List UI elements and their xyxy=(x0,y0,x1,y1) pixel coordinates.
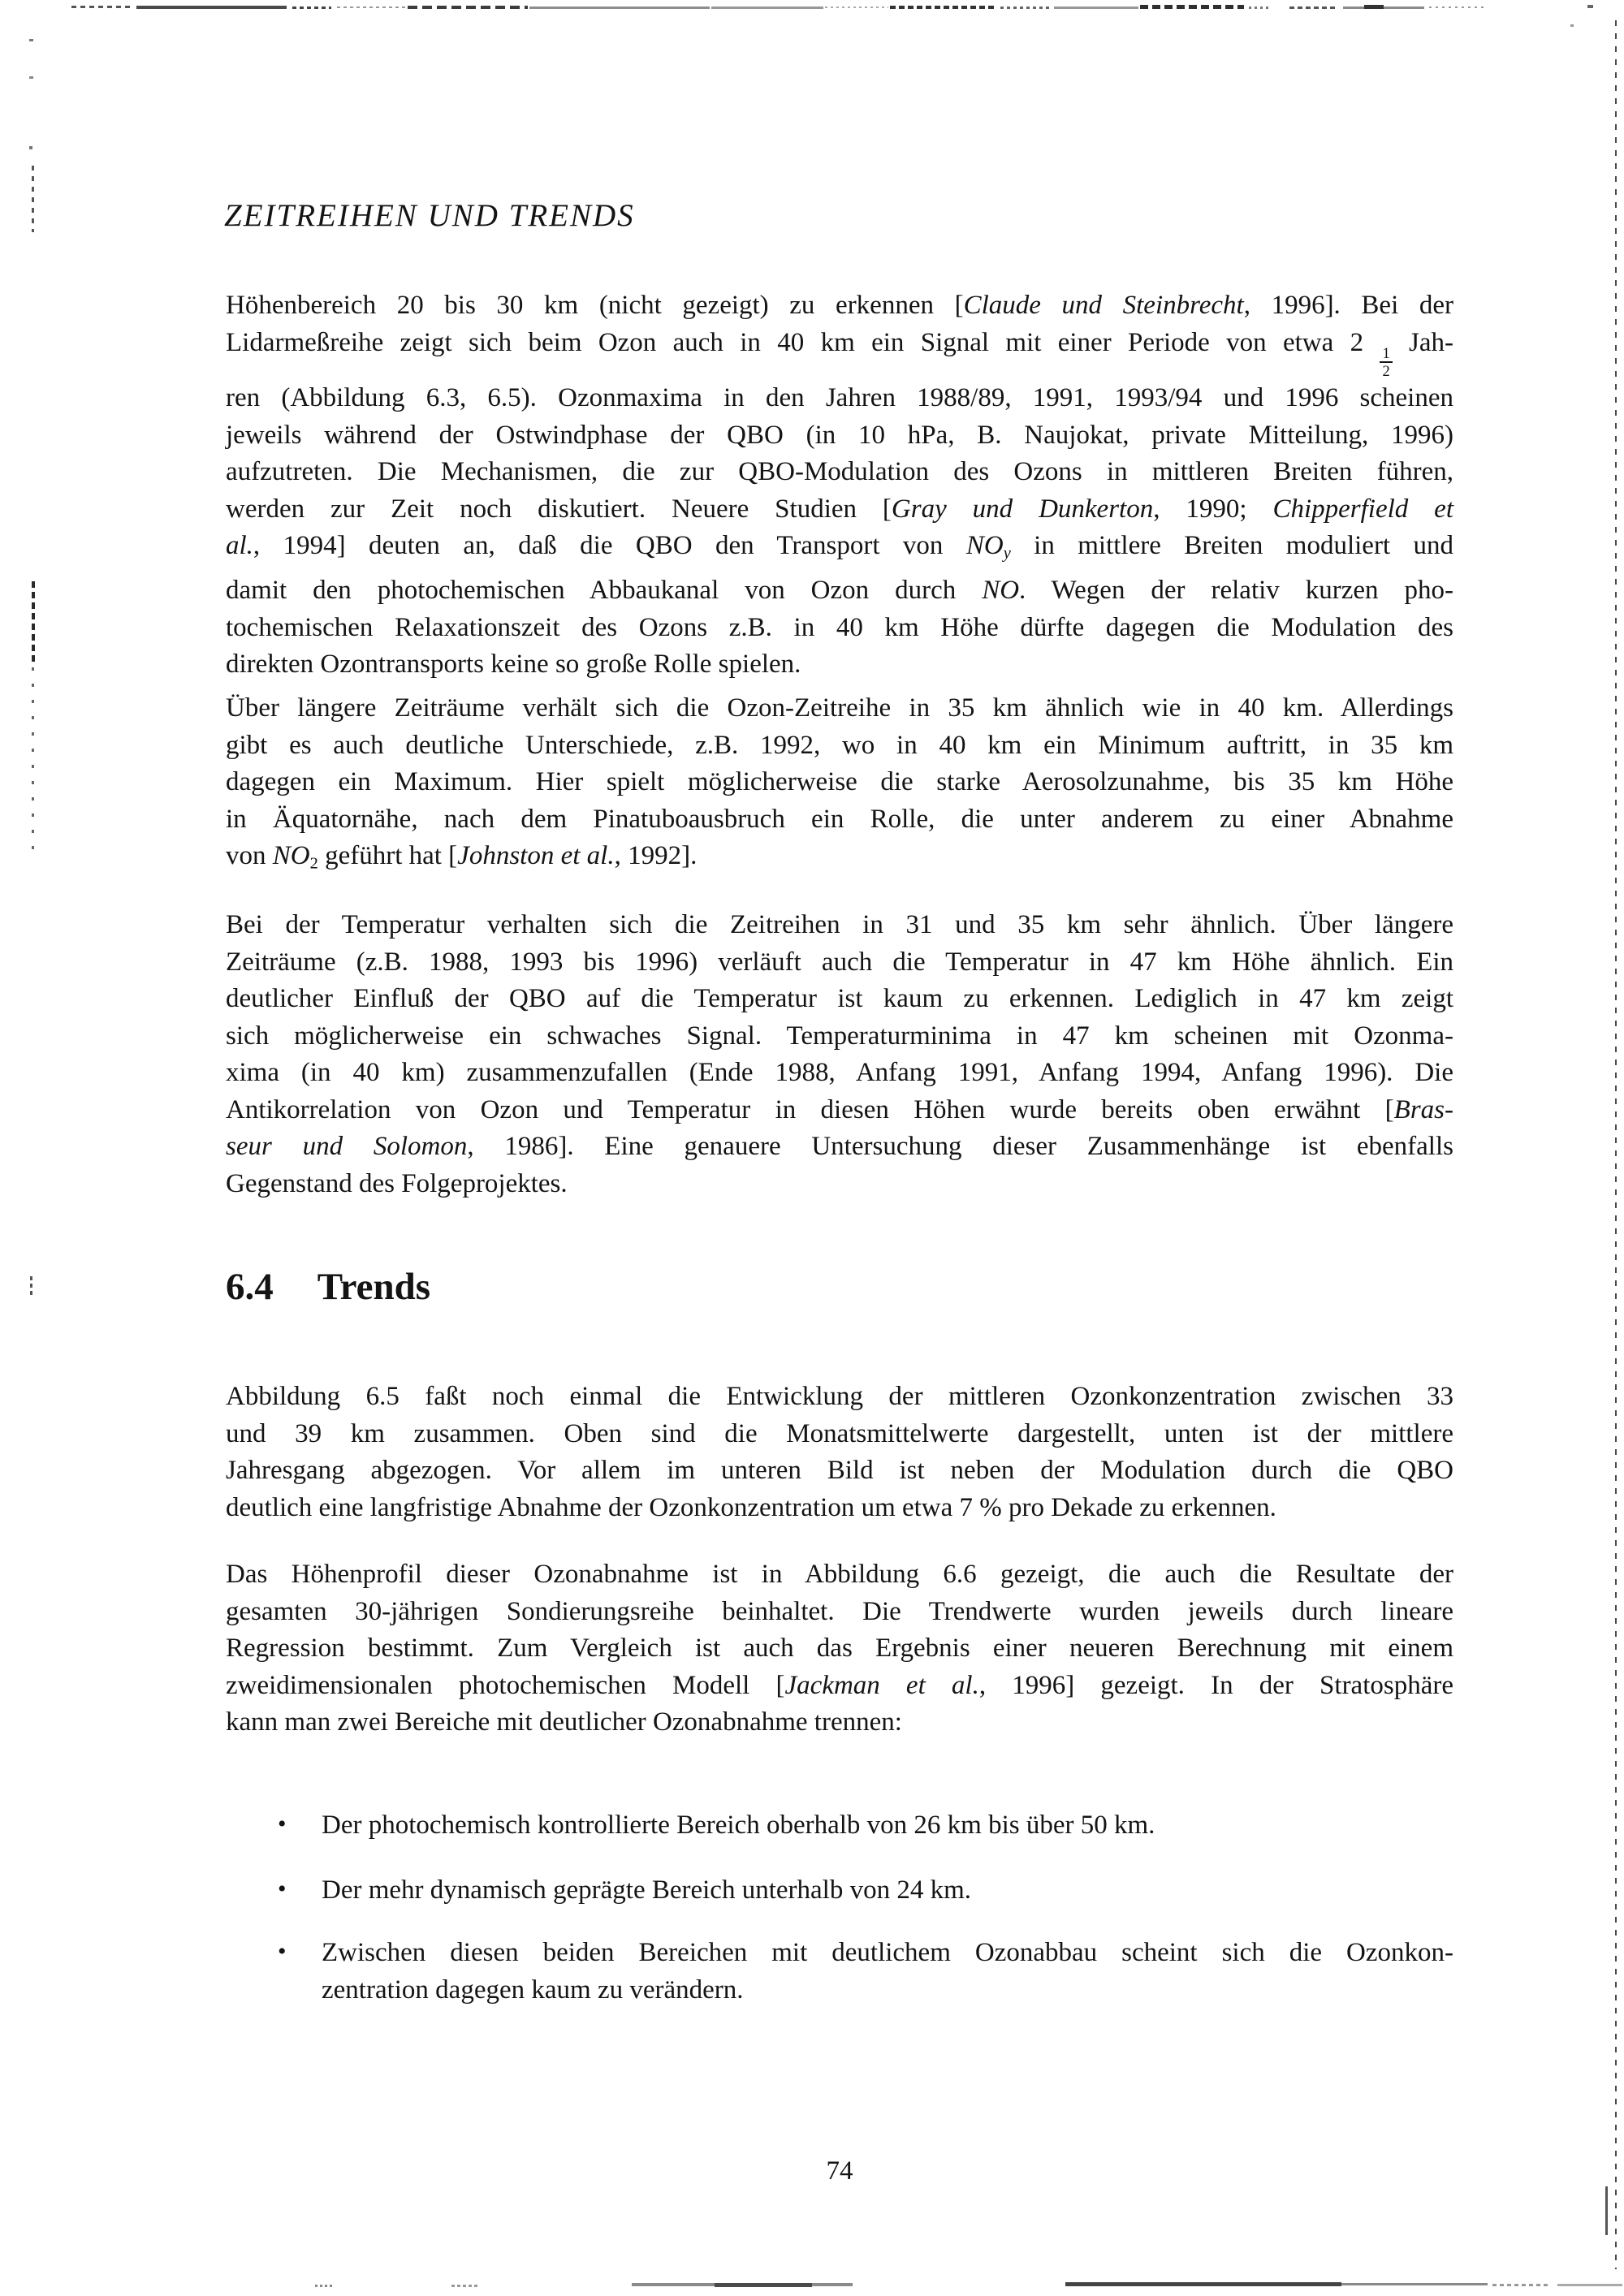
text-line: xima (in 40 km) zusammenzufallen (Ende 1… xyxy=(226,1055,1453,1092)
scan-noise-speck xyxy=(1570,24,1574,27)
text-segment: seur und Solomon xyxy=(226,1132,467,1161)
bullet-icon: • xyxy=(278,1806,287,1843)
scan-noise-speck xyxy=(1587,5,1593,8)
text-segment: geführt hat [ xyxy=(318,841,457,870)
text-segment: deutlicher Einfluß der QBO auf die Tempe… xyxy=(226,984,1453,1013)
scan-noise-left-mark xyxy=(29,146,32,149)
text-segment: und 39 km zusammen. Oben sind die Monats… xyxy=(226,1419,1453,1448)
scan-noise-left-mark xyxy=(32,166,34,232)
section-title: Trends xyxy=(317,1266,430,1308)
text-segment: in mittlere Breiten moduliert und xyxy=(1011,531,1453,560)
scan-noise-top-rule xyxy=(1343,6,1424,9)
text-line: werden zur Zeit noch diskutiert. Neuere … xyxy=(226,491,1453,529)
text-line: Abbildung 6.5 faßt noch einmal die Entwi… xyxy=(226,1379,1453,1416)
text-segment: y xyxy=(1004,545,1011,563)
text-segment: ren (Abbildung 6.3, 6.5). Ozonmaxima in … xyxy=(226,383,1453,412)
scan-noise-bottom-rule xyxy=(715,2283,812,2287)
scan-noise-bottom-rule xyxy=(1557,2284,1622,2286)
text-line: von NO2 geführt hat [Johnston et al., 19… xyxy=(226,838,1453,883)
scan-noise-top-rule xyxy=(1000,6,1051,9)
paragraph: Bei der Temperatur verhalten sich die Ze… xyxy=(226,907,1453,1202)
text-segment: Chipperfield et xyxy=(1272,494,1453,524)
scan-noise-bottom-rule xyxy=(1065,2282,1341,2286)
text-segment: damit den photochemischen Abbaukanal von… xyxy=(226,576,982,605)
scan-noise-top-rule xyxy=(1249,6,1272,9)
text-segment: Höhenbereich 20 bis 30 km (nicht gezeigt… xyxy=(226,291,964,320)
scan-noise-left-mark xyxy=(29,39,33,41)
scan-noise-top-rule xyxy=(136,6,287,9)
bullet-icon: • xyxy=(278,1933,287,1970)
fraction: 12 xyxy=(1380,345,1392,380)
text-segment: Der photochemisch kontrollierte Bereich … xyxy=(322,1810,1155,1840)
text-segment: NO xyxy=(966,531,1004,560)
page-number: 74 xyxy=(226,2156,1453,2186)
text-segment: kann man zwei Bereiche mit deutlicher Oz… xyxy=(226,1707,902,1737)
text-segment: , 1994] deuten an, daß die QBO den Trans… xyxy=(253,531,966,560)
text-line: seur und Solomon, 1986]. Eine genauere U… xyxy=(226,1129,1453,1166)
text-line: sich möglicherweise ein schwaches Signal… xyxy=(226,1018,1453,1055)
text-segment: al. xyxy=(226,531,253,560)
scan-noise-top-rule xyxy=(1054,6,1138,9)
scan-noise-top-rule xyxy=(337,6,406,8)
text-line: direkten Ozontransports keine so große R… xyxy=(226,646,1453,684)
bullet-icon: • xyxy=(278,1871,287,1908)
text-line: deutlich eine langfristige Abnahme der O… xyxy=(226,1490,1453,1527)
text-line: zweidimensionalen photochemischen Modell… xyxy=(226,1668,1453,1705)
scan-noise-bottom-rule xyxy=(1341,2283,1488,2285)
text-segment: zentration dagegen kaum zu verändern. xyxy=(322,1975,744,2005)
bullet-item: • Zwischen diesen beiden Bereichen mit d… xyxy=(226,1935,1453,2009)
text-segment: Zwischen diesen beiden Bereichen mit deu… xyxy=(322,1938,1453,1967)
text-segment: Claude und Steinbrecht xyxy=(964,291,1244,320)
text-line: Der photochemisch kontrollierte Bereich … xyxy=(322,1807,1453,1845)
scan-noise-top-rule xyxy=(1364,5,1384,9)
text-segment: Jahresgang abgezogen. Vor allem im unter… xyxy=(226,1456,1453,1485)
text-segment: gibt es auch deutliche Unterschiede, z.B… xyxy=(226,731,1453,760)
scan-noise-top-rule xyxy=(1140,5,1244,9)
text-line: Antikorrelation von Ozon und Temperatur … xyxy=(226,1092,1453,1129)
text-segment: von xyxy=(226,841,273,870)
text-segment: direkten Ozontransports keine so große R… xyxy=(226,650,801,679)
text-segment: gesamten 30-jährigen Sondierungsreihe be… xyxy=(226,1597,1453,1626)
text-segment: deutlich eine langfristige Abnahme der O… xyxy=(226,1493,1276,1522)
text-line: Zwischen diesen beiden Bereichen mit deu… xyxy=(322,1935,1453,1972)
scan-noise-top-rule xyxy=(408,6,528,9)
text-segment: sich möglicherweise ein schwaches Signal… xyxy=(226,1021,1453,1051)
paragraph: Das Höhenprofil dieser Ozonabnahme ist i… xyxy=(226,1556,1453,1741)
text-line: damit den photochemischen Abbaukanal von… xyxy=(226,572,1453,610)
text-segment: Regression bestimmt. Zum Vergleich ist a… xyxy=(226,1634,1453,1663)
text-line: in Äquatornähe, nach dem Pinatuboausbruc… xyxy=(226,801,1453,839)
bullet-text: Zwischen diesen beiden Bereichen mit deu… xyxy=(322,1935,1453,2009)
scanned-document-page: ZEITREIHEN UND TRENDS Höhenbereich 20 bi… xyxy=(0,0,1624,2296)
text-segment: Bei der Temperatur verhalten sich die Ze… xyxy=(226,910,1453,939)
text-line: tochemischen Relaxationszeit des Ozons z… xyxy=(226,610,1453,647)
text-segment: Zeiträume (z.B. 1988, 1993 bis 1996) ver… xyxy=(226,947,1453,977)
bullet-text: Der photochemisch kontrollierte Bereich … xyxy=(322,1807,1453,1845)
text-segment: xima (in 40 km) zusammenzufallen (Ende 1… xyxy=(226,1058,1453,1087)
scan-noise-top-rule xyxy=(1289,6,1337,9)
text-segment: Johnston et al. xyxy=(457,841,614,870)
text-segment: Jah- xyxy=(1393,328,1453,357)
text-segment: NO xyxy=(982,576,1019,605)
bullet-item: • Zwischen diesen beiden Bereichen mit d… xyxy=(226,1872,1453,1910)
text-segment: Abbildung 6.5 faßt noch einmal die Entwi… xyxy=(226,1382,1453,1411)
text-segment: Bras- xyxy=(1394,1095,1453,1124)
scan-noise-top-rule xyxy=(71,6,132,8)
text-line: und 39 km zusammen. Oben sind die Monats… xyxy=(226,1416,1453,1453)
text-line: aufzutreten. Die Mechanismen, die zur QB… xyxy=(226,454,1453,491)
text-line: Der mehr dynamisch geprägte Bereich unte… xyxy=(322,1872,1453,1910)
text-segment: Gegenstand des Folgeprojektes. xyxy=(226,1169,568,1198)
scan-noise-bottom-rule xyxy=(1492,2284,1549,2286)
text-segment: , 1996] gezeigt. In der Stratosphäre xyxy=(979,1671,1453,1700)
scan-noise-left-mark xyxy=(30,1276,32,1297)
scan-noise-top-rule xyxy=(711,6,823,9)
text-segment: Lidarmeßreihe zeigt sich beim Ozon auch … xyxy=(226,328,1380,357)
text-line: Gegenstand des Folgeprojektes. xyxy=(226,1166,1453,1203)
text-segment: dagegen ein Maximum. Hier spielt möglich… xyxy=(226,767,1453,796)
scan-noise-top-rule xyxy=(890,6,997,9)
scan-noise-right-rule xyxy=(1605,2186,1608,2235)
text-line: dagegen ein Maximum. Hier spielt möglich… xyxy=(226,764,1453,801)
text-line: jeweils während der Ostwindphase der QBO… xyxy=(226,417,1453,455)
scan-noise-top-rule xyxy=(292,6,331,9)
text-segment: Gray und Dunkerton xyxy=(892,494,1153,524)
text-line: Über längere Zeiträume verhält sich die … xyxy=(226,690,1453,727)
paragraph: Höhenbereich 20 bis 30 km (nicht gezeigt… xyxy=(226,287,1453,684)
scan-noise-left-mark xyxy=(32,581,35,662)
text-segment: zweidimensionalen photochemischen Modell… xyxy=(226,1671,785,1700)
text-line: al., 1994] deuten an, daß die QBO den Tr… xyxy=(226,528,1453,572)
running-header: ZEITREIHEN UND TRENDS xyxy=(224,197,635,234)
text-line: Bei der Temperatur verhalten sich die Ze… xyxy=(226,907,1453,944)
text-segment: Antikorrelation von Ozon und Temperatur … xyxy=(226,1095,1394,1124)
text-segment: in Äquatornähe, nach dem Pinatuboausbruc… xyxy=(226,805,1453,834)
text-line: gesamten 30-jährigen Sondierungsreihe be… xyxy=(226,1594,1453,1631)
bullet-text: Der mehr dynamisch geprägte Bereich unte… xyxy=(322,1872,1453,1910)
text-line: deutlicher Einfluß der QBO auf die Tempe… xyxy=(226,981,1453,1018)
paragraph: Über längere Zeiträume verhält sich die … xyxy=(226,690,1453,883)
text-line: Zeiträume (z.B. 1988, 1993 bis 1996) ver… xyxy=(226,944,1453,982)
scan-noise-top-rule xyxy=(1429,6,1488,8)
text-line: zentration dagegen kaum zu verändern. xyxy=(322,1972,1453,2009)
text-line: Lidarmeßreihe zeigt sich beim Ozon auch … xyxy=(226,325,1453,381)
scan-noise-right-rule xyxy=(1615,20,1617,2269)
section-heading: 6.4Trends xyxy=(226,1268,430,1306)
scan-noise-left-mark xyxy=(29,76,33,79)
text-line: Jahresgang abgezogen. Vor allem im unter… xyxy=(226,1452,1453,1490)
scan-noise-bottom-rule xyxy=(315,2285,333,2287)
scan-noise-top-rule xyxy=(825,6,888,8)
paragraph: Abbildung 6.5 faßt noch einmal die Entwi… xyxy=(226,1379,1453,1526)
text-segment: Über längere Zeiträume verhält sich die … xyxy=(226,693,1453,723)
text-segment: 2 xyxy=(310,855,318,873)
text-line: ren (Abbildung 6.3, 6.5). Ozonmaxima in … xyxy=(226,380,1453,417)
scan-noise-top-rule xyxy=(529,6,710,9)
text-line: Höhenbereich 20 bis 30 km (nicht gezeigt… xyxy=(226,287,1453,325)
scan-noise-bottom-rule xyxy=(451,2285,479,2287)
text-segment: , 1990; xyxy=(1153,494,1272,524)
text-segment: , 1996]. Bei der xyxy=(1244,291,1453,320)
text-segment: Jackman et al. xyxy=(785,1671,979,1700)
text-segment: tochemischen Relaxationszeit des Ozons z… xyxy=(226,613,1453,642)
text-segment: jeweils während der Ostwindphase der QBO… xyxy=(226,421,1453,450)
text-line: kann man zwei Bereiche mit deutlicher Oz… xyxy=(226,1704,1453,1741)
bullet-item: • Der photochemisch kontrollierte Bereic… xyxy=(226,1807,1453,1845)
text-segment: , 1992]. xyxy=(615,841,698,870)
text-segment: Das Höhenprofil dieser Ozonabnahme ist i… xyxy=(226,1560,1453,1589)
text-line: gibt es auch deutliche Unterschiede, z.B… xyxy=(226,727,1453,765)
scan-noise-left-mark xyxy=(32,667,34,862)
text-segment: aufzutreten. Die Mechanismen, die zur QB… xyxy=(226,457,1453,486)
section-number: 6.4 xyxy=(226,1266,274,1308)
text-segment: , 1986]. Eine genauere Untersuchung dies… xyxy=(467,1132,1453,1161)
text-segment: Der mehr dynamisch geprägte Bereich unte… xyxy=(322,1875,971,1905)
text-line: Das Höhenprofil dieser Ozonabnahme ist i… xyxy=(226,1556,1453,1594)
text-line: Regression bestimmt. Zum Vergleich ist a… xyxy=(226,1630,1453,1668)
text-segment: werden zur Zeit noch diskutiert. Neuere … xyxy=(226,494,892,524)
text-segment: NO xyxy=(273,841,310,870)
text-segment: . Wegen der relativ kurzen pho- xyxy=(1019,576,1453,605)
